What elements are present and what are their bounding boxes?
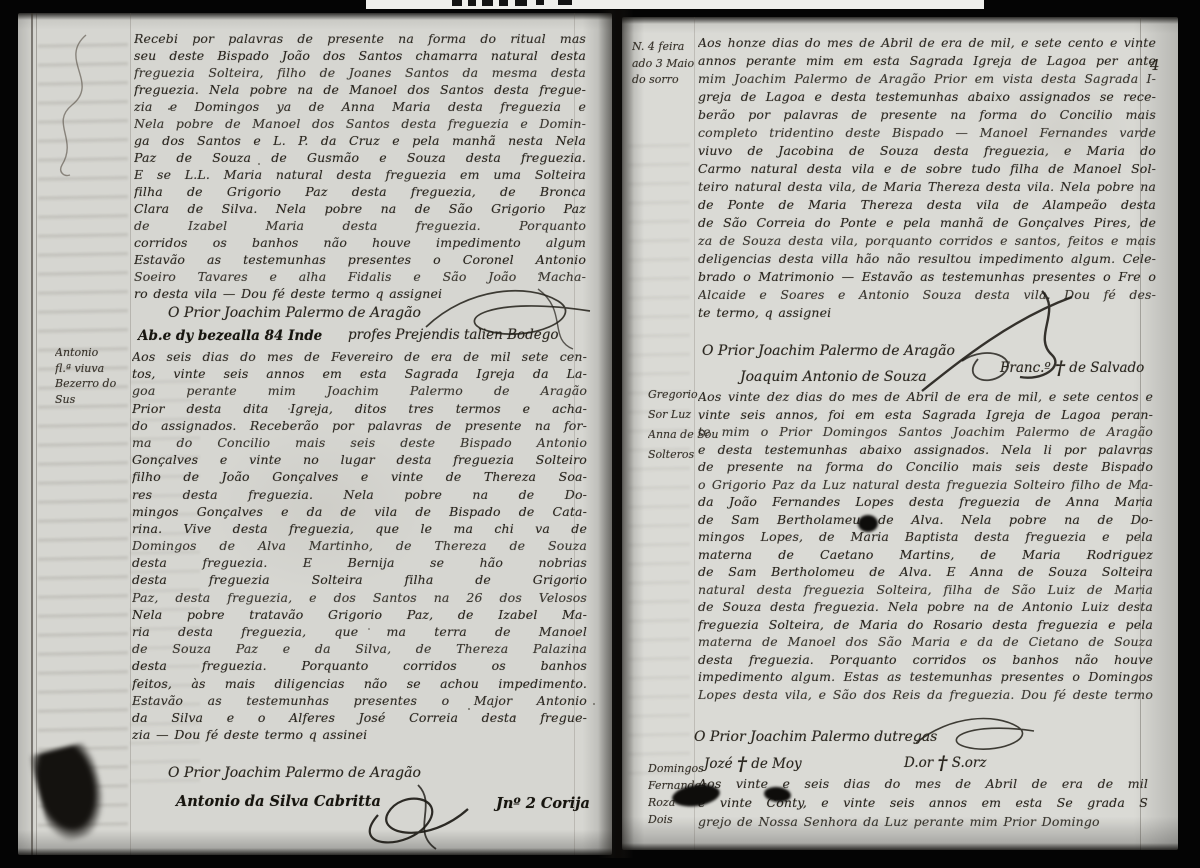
manuscript-line: desta freguezia. Porquanto corridos os b… <box>698 651 1153 669</box>
manuscript-line: teiro natural desta vila, de Maria There… <box>698 178 1156 196</box>
record-d-cross-signature-2: D.or † S.orz <box>904 752 987 774</box>
record-c-cross-signature: Franc.º † de Salvado <box>1000 357 1144 379</box>
margin-note-line: Bezerro do <box>55 376 116 392</box>
manuscript-line: materna de Manoel dos São Maria e da de … <box>698 633 1153 651</box>
manuscript-line: Aos seis dias do mes de Fevereiro de era… <box>132 348 587 365</box>
manuscript-line: da Silva e o Alferes José Correia desta … <box>132 709 587 726</box>
record-b-witness-signature: Antonio da Silva Cabritta <box>176 793 381 810</box>
manuscript-line: Prior desta dita Igreja, ditos tres term… <box>132 400 587 417</box>
manuscript-line: de Izabel Maria desta freguezia. Porquan… <box>134 217 586 234</box>
manuscript-line: filha de Grigorio Paz desta freguezia, d… <box>134 183 586 200</box>
record-b-body: Aos seis dias do mes de Fevereiro de era… <box>132 348 587 743</box>
manuscript-line: Soeiro Tavares e alha Fidalis e São João… <box>134 268 586 285</box>
label-glyph-fragment <box>515 0 527 6</box>
manuscript-line: Estavão as testemunhas presentes o Major… <box>132 692 587 709</box>
manuscript-line: goa perante mim Joachim Palermo de Aragã… <box>132 382 587 399</box>
signature-cross-icon: † <box>938 752 948 774</box>
margin-note-line: do sorro <box>632 72 694 89</box>
manuscript-line: Lopes desta vila, e São dos Reis da freg… <box>698 686 1153 704</box>
manuscript-line: freguezia Solteira, filho de Joanes Sant… <box>134 64 586 81</box>
manuscript-line: de Souza Paz e da Silva, de Thereza Pala… <box>132 640 587 657</box>
label-glyph-fragment <box>536 0 544 5</box>
record-c-witness-signature: Joaquim Antonio de Souza <box>740 369 927 385</box>
manuscript-line: Aos honze dias do mes de Abril de era de… <box>698 34 1156 52</box>
label-glyph-fragment <box>558 0 572 5</box>
manuscript-line: freguezia. Nela pobre na de Manoel dos S… <box>134 81 586 98</box>
manuscript-line: desta freguezia. Porquanto corridos os b… <box>132 657 587 674</box>
manuscript-line: Nela pobre de Manoel dos Santos desta fr… <box>134 115 586 132</box>
manuscript-line: Alcaide e Soares e Antonio Souza desta v… <box>698 286 1156 304</box>
signer-name-rest: de Moy <box>751 756 802 772</box>
manuscript-line: feitos, às mais diligencias não se achou… <box>132 675 587 692</box>
cropped-label-strip <box>366 0 984 9</box>
manuscript-line: impedimento algum. Estas as testemunhas … <box>698 668 1153 686</box>
manuscript-line: de Ponte de Maria Thereza desta vila de … <box>698 196 1156 214</box>
manuscript-line: de São Correia do Ponte e pela manhã de … <box>698 214 1156 232</box>
manuscript-line: freguezia Solteira, de Maria do Rosario … <box>698 616 1153 634</box>
manuscript-line: Carmo natural desta vila e de sobre tudo… <box>698 160 1156 178</box>
manuscript-line: greja de Lagoa e desta testemunhas abaix… <box>698 88 1156 106</box>
signature-cross-icon: † <box>737 753 747 775</box>
manuscript-line: Clara de Silva. Nela pobre na de São Gri… <box>134 200 586 217</box>
manuscript-line: Aos vinte dez dias do mes de Abril de er… <box>698 388 1153 406</box>
signer-name: D.or <box>904 755 933 771</box>
left-page: Recebi por palavras de presente na forma… <box>18 13 612 855</box>
record-b-prior-signature: O Prior Joachim Palermo de Aragão <box>168 765 421 781</box>
label-glyph-fragment <box>499 0 508 6</box>
manuscript-line: brado o Matrimonio — Estavão as testemun… <box>698 268 1156 286</box>
record-a-prior-signature: O Prior Joachim Palermo de Aragão <box>168 305 421 321</box>
manuscript-line: grejo de Nossa Senhora da Luz perante mi… <box>698 812 1148 831</box>
manuscript-photo: Recebi por palavras de presente na forma… <box>0 0 1200 868</box>
margin-note-line: Antonio <box>55 345 116 361</box>
manuscript-line: Estavão as testemunhas presentes o Coron… <box>134 251 586 268</box>
label-glyph-fragment <box>482 0 493 6</box>
manuscript-line: desta freguezia. E Bernija se hão nobria… <box>132 554 587 571</box>
manuscript-line: tos, vinte seis annos em esta Sagrada Ig… <box>132 365 587 382</box>
manuscript-line: te mim o Prior Domingos Santos Joachim P… <box>698 423 1153 441</box>
record-c-prior-signature: O Prior Joachim Palermo de Aragão <box>702 343 955 359</box>
manuscript-line: ro desta vila — Dou fé deste termo q ass… <box>134 285 586 302</box>
page-crease <box>36 13 37 855</box>
page-crease <box>31 13 33 855</box>
margin-note-line: Sus <box>55 392 116 408</box>
manuscript-line: Domingos de Alva Martinho, de Thereza de… <box>132 537 587 554</box>
manuscript-line: ma do Concilio mais seis deste Bispado A… <box>132 434 587 451</box>
manuscript-line: de Sam Bertholameu de Alva. Nela pobre n… <box>698 511 1153 529</box>
manuscript-line: te termo, q assignei <box>698 304 1156 322</box>
margin-note-line: N. 4 feira <box>632 39 694 56</box>
record-e-body: Aos vinte e seis dias do mes de Abril de… <box>698 774 1148 831</box>
manuscript-line: desta freguezia Solteira filha de Grigor… <box>132 571 587 588</box>
manuscript-line: de presente na forma do Concilio mais se… <box>698 458 1153 476</box>
manuscript-line: berão por palavras de presente na forma … <box>698 106 1156 124</box>
pen-squiggle <box>48 31 118 181</box>
ink-bleed-through <box>38 37 128 837</box>
margin-note-line: ado 3 Maio <box>632 56 694 73</box>
manuscript-line: materna de Caetano Martins, de Maria Rod… <box>698 546 1153 564</box>
record-c-body: Aos honze dias do mes de Abril de era de… <box>698 34 1156 322</box>
manuscript-line: Nela pobre tratavão Grigorio Paz, de Iza… <box>132 606 587 623</box>
manuscript-line: e desta testemunhas abaixo assignados. N… <box>698 441 1153 459</box>
margin-note-line: fl.ª viuva <box>55 361 116 377</box>
record-c-margin-note: N. 4 feiraado 3 Maiodo sorro <box>632 39 694 89</box>
manuscript-line: de Souza desta freguezia. Nela pobre na … <box>698 598 1153 616</box>
manuscript-line: vinte seis annos, foi em esta Sagrada Ig… <box>698 406 1153 424</box>
manuscript-line: Paz de Souza de Gusmão e Souza desta fre… <box>134 149 586 166</box>
manuscript-line: ga dos Santos e L. P. da Cruz e pela man… <box>134 132 586 149</box>
manuscript-line: mim Joachim Palermo de Aragão Prior em v… <box>698 70 1156 88</box>
manuscript-line: mingos Gonçalves e da de vila de Bispado… <box>132 503 587 520</box>
signature-flourish <box>318 779 498 853</box>
record-a-clerk-note-right: profes Prejendis talien Bodego <box>348 327 559 343</box>
manuscript-line: do assignados. Receberão por palavras de… <box>132 417 587 434</box>
record-d-prior-signature: O Prior Joachim Palermo dutregas <box>694 729 937 745</box>
manuscript-line: de Sam Bertholomeu de Alva. E Anna de So… <box>698 563 1153 581</box>
signer-name: Franc.º <box>1000 360 1051 376</box>
manuscript-line: E se L.L. Maria natural desta freguezia … <box>134 166 586 183</box>
record-b-margin-note: Antoniofl.ª viuvaBezerro doSus <box>55 345 116 407</box>
manuscript-line: Gonçalves e vinte no lugar desta freguez… <box>132 451 587 468</box>
record-d-body: Aos vinte dez dias do mes de Abril de er… <box>698 388 1153 703</box>
manuscript-line: Recebi por palavras de presente na forma… <box>134 30 586 47</box>
manuscript-line: natural desta freguezia Solteira, filha … <box>698 581 1153 599</box>
label-glyph-fragment <box>452 0 462 6</box>
manuscript-line: completo tridentino deste Bispado — Mano… <box>698 124 1156 142</box>
right-page: 4 N. 4 feiraado 3 Maiodo sorro Aos honze… <box>622 17 1178 850</box>
manuscript-line: ria desta freguezia, que ma terra de Man… <box>132 623 587 640</box>
manuscript-line: mingos Lopes, de Maria Baptista desta fr… <box>698 528 1153 546</box>
manuscript-line: filho de João Gonçalves e vinte de There… <box>132 468 587 485</box>
signer-name: Jozé <box>704 756 733 772</box>
record-a-clerk-note-left: Ab.e dy bezealla 84 Inde <box>138 328 322 344</box>
manuscript-line: deligencias desta villa hão não resultou… <box>698 250 1156 268</box>
manuscript-line: seu deste Bispado João dos Santos chamar… <box>134 47 586 64</box>
manuscript-line: zia e Domingos ya de Anna Maria desta fr… <box>134 98 586 115</box>
manuscript-line: corridos os banhos não houve impedimento… <box>134 234 586 251</box>
manuscript-line: da João Fernandes Lopes desta freguezia … <box>698 493 1153 511</box>
signer-name-rest: S.orz <box>952 755 987 771</box>
signer-name-rest: de Salvado <box>1069 360 1144 376</box>
record-a-body: Recebi por palavras de presente na forma… <box>134 30 586 302</box>
manuscript-line: zia — Dou fé deste termo q assinei <box>132 726 587 743</box>
manuscript-line: viuvo de Jacobina de Souza desta freguez… <box>698 142 1156 160</box>
manuscript-line: res desta freguezia. Nela pobre na de Do… <box>132 486 587 503</box>
manuscript-line: Paz, desta freguezia, e dos Santos na 26… <box>132 589 587 606</box>
signature-cross-icon: † <box>1055 357 1065 379</box>
manuscript-line: rina. Vive desta freguezia, que le ma ch… <box>132 520 587 537</box>
photo-shadow-blob <box>30 741 112 845</box>
label-glyph-fragment <box>468 0 476 6</box>
manuscript-line: o Grigorio Paz da Luz natural desta freg… <box>698 476 1153 494</box>
margin-rule <box>130 13 131 855</box>
manuscript-line: za de Souza desta vila, porquanto corrid… <box>698 232 1156 250</box>
record-b-witness-rubric: Jnº 2 Corija <box>496 795 590 812</box>
manuscript-line: annos perante mim em esta Sagrada Igreja… <box>698 52 1156 70</box>
record-d-cross-signature-1: Jozé † de Moy <box>704 753 802 775</box>
ink-blot <box>858 515 878 532</box>
